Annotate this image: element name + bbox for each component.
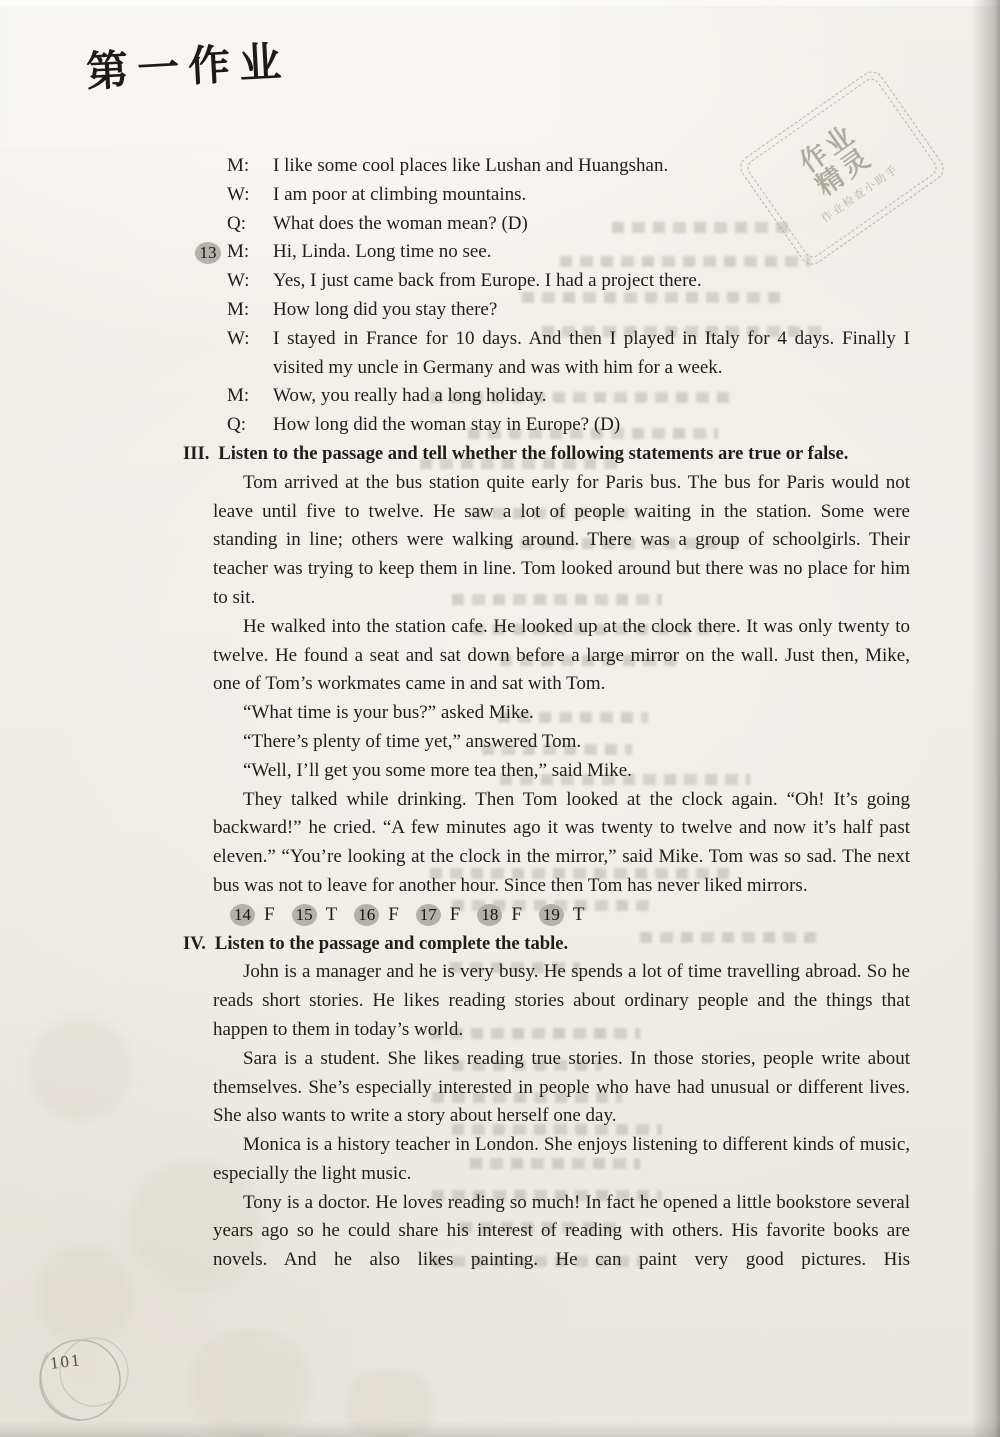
dialogue-line: Q:How long did the woman stay in Europe?… [227, 411, 910, 440]
crescent-doodle [28, 1322, 138, 1422]
dialogue-text: How long did you stay there? [273, 299, 497, 320]
dialogue-line: W:Yes, I just came back from Europe. I h… [227, 267, 910, 296]
dialogue-line: Q:What does the woman mean? (D) [227, 210, 910, 239]
dialogue-line: M:How long did you stay there? [227, 296, 910, 325]
answer-number-badge: 14 [230, 904, 255, 926]
page-edge-bottom [0, 1421, 1000, 1437]
handwritten-title: 第一作业 [85, 29, 292, 100]
speaker-label: W: [227, 325, 273, 354]
answer-value: T [326, 901, 338, 930]
speaker-label: Q: [227, 411, 273, 440]
speaker-label: M: [227, 152, 273, 181]
passage-paragraph: Sara is a student. She likes reading tru… [213, 1045, 910, 1131]
section-3-label: III. [183, 443, 209, 464]
dialogue-line: M:Wow, you really had a long holiday. [227, 382, 910, 411]
answer-number-badge: 18 [477, 904, 502, 926]
section-3-heading: III.Listen to the passage and tell wheth… [183, 440, 910, 469]
speaker-label: W: [227, 267, 273, 296]
page-content: M:I like some cool places like Lushan an… [183, 152, 910, 1275]
speaker-label: W: [227, 181, 273, 210]
passage-paragraph: He walked into the station cafe. He look… [213, 613, 910, 699]
section-4-title: Listen to the passage and complete the t… [215, 933, 568, 954]
passage-quote-line: “There’s plenty of time yet,” answered T… [213, 728, 910, 757]
answer-key-row: 14F 15T 16F 17F 18F 19T [230, 901, 910, 930]
answer-value: F [264, 901, 275, 930]
section-4-heading: IV.Listen to the passage and complete th… [183, 930, 910, 959]
dialogue-text: What does the woman mean? (D) [273, 213, 528, 234]
section-4-label: IV. [183, 933, 206, 954]
speaker-label: M: [227, 238, 273, 267]
speaker-label: M: [227, 382, 273, 411]
answer-value: F [388, 901, 399, 930]
dialogue-text: I like some cool places like Lushan and … [273, 155, 668, 176]
answer-number-badge: 17 [416, 904, 441, 926]
section-3-title: Listen to the passage and tell whether t… [218, 443, 848, 464]
answer-number-badge: 15 [292, 904, 317, 926]
dialogue-line: W:I am poor at climbing mountains. [227, 181, 910, 210]
answer-value: F [511, 901, 522, 930]
dialogue-text: Hi, Linda. Long time no see. [273, 241, 491, 262]
answer-item: 18F [477, 901, 522, 930]
passage-quote-line: “What time is your bus?” asked Mike. [213, 699, 910, 728]
passage-paragraph: John is a manager and he is very busy. H… [213, 958, 910, 1044]
dialogue-text: I am poor at climbing mountains. [273, 184, 526, 205]
answer-number-badge: 19 [539, 904, 564, 926]
page-edge-top [0, 0, 1000, 6]
answer-item: 16F [354, 901, 399, 930]
dialogue-text: How long did the woman stay in Europe? (… [273, 414, 620, 435]
dialogue-13: 13M:Hi, Linda. Long time no see. W:Yes, … [227, 238, 910, 440]
answer-item: 19T [539, 901, 585, 930]
dialogue-text: Yes, I just came back from Europe. I had… [273, 270, 702, 291]
scanned-page: 第一作业 作业 精灵 作业检查小助手 M:I like some cool pl… [0, 0, 1000, 1437]
dialogue-text: Wow, you really had a long holiday. [273, 385, 547, 406]
dialogue-line: 13M:Hi, Linda. Long time no see. [227, 238, 910, 267]
dialogue-text: I stayed in France for 10 days. And then… [273, 328, 910, 378]
answer-item: 14F [230, 901, 275, 930]
passage-paragraph: Monica is a history teacher in London. S… [213, 1131, 910, 1189]
passage-paragraph: Tony is a doctor. He loves reading so mu… [213, 1189, 910, 1275]
dialogue-12: M:I like some cool places like Lushan an… [227, 152, 910, 238]
floral-watermark [20, 1010, 140, 1130]
dialogue-line: M:I like some cool places like Lushan an… [227, 152, 910, 181]
answer-number-badge: 16 [354, 904, 379, 926]
answer-value: T [573, 901, 585, 930]
page-number: 101 [49, 1350, 83, 1374]
passage-quote-line: “Well, I’ll get you some more tea then,”… [213, 757, 910, 786]
answer-item: 15T [292, 901, 338, 930]
speaker-label: Q: [227, 210, 273, 239]
dialogue-line: W:I stayed in France for 10 days. And th… [227, 325, 910, 383]
question-number-badge: 13 [195, 242, 221, 264]
speaker-label: M: [227, 296, 273, 325]
answer-value: F [450, 901, 461, 930]
page-edge-shadow [972, 0, 1000, 1437]
passage-paragraph: Tom arrived at the bus station quite ear… [213, 469, 910, 613]
answer-item: 17F [416, 901, 461, 930]
passage-paragraph: They talked while drinking. Then Tom loo… [213, 786, 910, 901]
